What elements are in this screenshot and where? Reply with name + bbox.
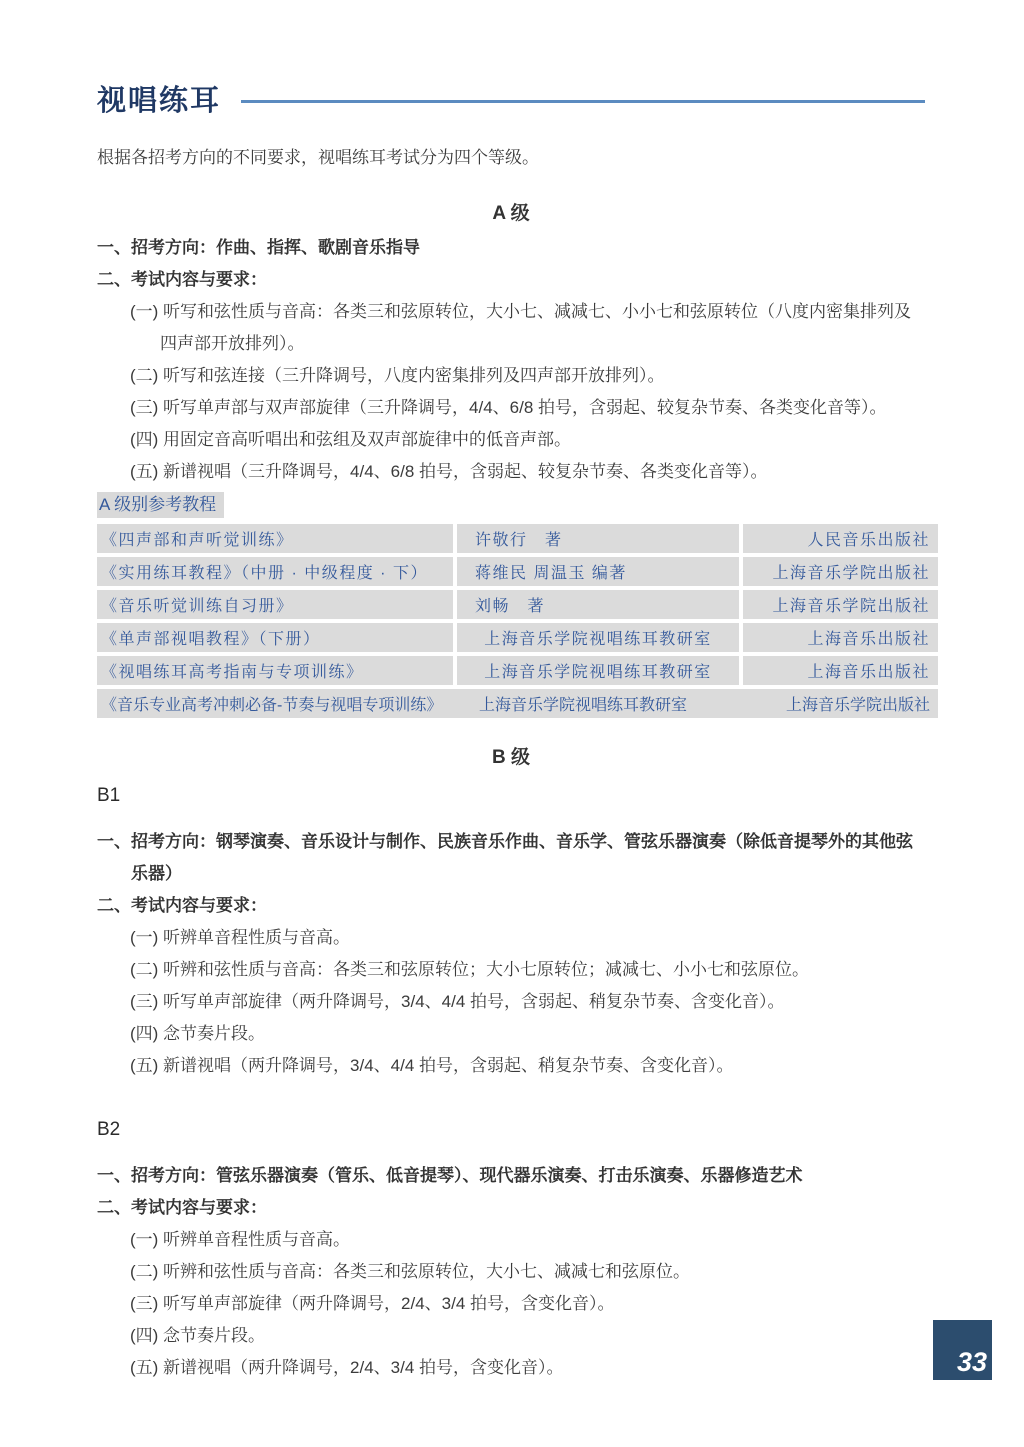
reference-publisher: 上海音乐学院出版社 — [735, 689, 938, 718]
reference-title: 《四声部和声听觉训练》 — [97, 524, 453, 553]
grade-b1-item-5: (五) 新谱视唱（两升降调号，3/4、4/4 拍号，含弱起、稍复杂节奏、含变化音… — [130, 1050, 925, 1082]
grade-b1-item-3: (三) 听写单声部旋律（两升降调号，3/4、4/4 拍号，含弱起、稍复杂节奏、含… — [130, 986, 925, 1018]
grade-b1-item-2: (二) 听辨和弦性质与音高：各类三和弦原转位；大小七原转位；减减七、小小七和弦原… — [130, 954, 925, 986]
reference-author: 上海音乐学院视唱练耳教研室 — [469, 689, 735, 718]
reference-table: 《四声部和声听觉训练》 许敬行 著 人民音乐出版社 《实用练耳教程》（中册 · … — [97, 524, 938, 718]
grade-b1-label: B1 — [97, 784, 925, 808]
reference-caption: A 级别参考教程 — [97, 492, 224, 518]
grade-b2-item-3: (三) 听写单声部旋律（两升降调号，2/4、3/4 拍号，含变化音）。 — [130, 1288, 925, 1320]
reference-title: 《音乐听觉训练自习册》 — [97, 590, 453, 619]
reference-author: 蒋维民 周温玉 编著 — [457, 557, 739, 586]
grade-b2-item-4: (四) 念节奏片段。 — [130, 1320, 925, 1352]
grade-a-direction-line: 一、招考方向：作曲、指挥、歌剧音乐指导 — [97, 232, 925, 264]
reference-caption-row: A 级别参考教程 — [97, 492, 925, 518]
document-page: 视唱练耳 根据各招考方向的不同要求，视唱练耳考试分为四个等级。 A 级 一、招考… — [0, 0, 1024, 1447]
reference-publisher: 上海音乐学院出版社 — [743, 590, 938, 619]
reference-author: 上海音乐学院视唱练耳教研室 — [457, 656, 739, 685]
page-number-box: 33 — [933, 1320, 992, 1380]
page-number: 33 — [957, 1349, 987, 1376]
grade-a-content-line: 二、考试内容与要求： — [97, 264, 925, 296]
reference-publisher: 上海音乐出版社 — [743, 623, 938, 652]
reference-row: 《音乐专业高考冲刺必备-节奏与视唱专项训练》 上海音乐学院视唱练耳教研室 上海音… — [97, 689, 938, 718]
grade-b2-item-1: (一) 听辨单音程性质与音高。 — [130, 1224, 925, 1256]
grade-b1-direction-line: 一、招考方向：钢琴演奏、音乐设计与制作、民族音乐作曲、音乐学、管弦乐器演奏（除低… — [97, 826, 925, 890]
reference-publisher: 人民音乐出版社 — [743, 524, 938, 553]
grade-b2-content-line: 二、考试内容与要求： — [97, 1192, 925, 1224]
section-title-row: 视唱练耳 — [97, 78, 925, 119]
grade-a-item-2: (二) 听写和弦连接（三升降调号，八度内密集排列及四声部开放排列）。 — [130, 360, 925, 392]
reference-row: 《单声部视唱教程》（下册） 上海音乐学院视唱练耳教研室 上海音乐出版社 — [97, 623, 938, 652]
title-rule-line — [241, 100, 925, 103]
intro-text: 根据各招考方向的不同要求，视唱练耳考试分为四个等级。 — [97, 143, 925, 168]
grade-a-heading: A 级 — [97, 202, 925, 226]
reference-row: 《四声部和声听觉训练》 许敬行 著 人民音乐出版社 — [97, 524, 938, 553]
grade-a-item-5: (五) 新谱视唱（三升降调号，4/4、6/8 拍号，含弱起、较复杂节奏、各类变化… — [130, 456, 925, 488]
reference-row: 《视唱练耳高考指南与专项训练》 上海音乐学院视唱练耳教研室 上海音乐出版社 — [97, 656, 938, 685]
grade-b1-content-line: 二、考试内容与要求： — [97, 890, 925, 922]
grade-b1-item-4: (四) 念节奏片段。 — [130, 1018, 925, 1050]
grade-b-heading: B 级 — [97, 746, 925, 770]
grade-b2-direction-line: 一、招考方向：管弦乐器演奏（管乐、低音提琴）、现代器乐演奏、打击乐演奏、乐器修造… — [97, 1160, 925, 1192]
reference-author: 上海音乐学院视唱练耳教研室 — [457, 623, 739, 652]
reference-author: 刘畅 著 — [457, 590, 739, 619]
grade-a-item-4: (四) 用固定音高听唱出和弦组及双声部旋律中的低音声部。 — [130, 424, 925, 456]
grade-b1-item-1: (一) 听辨单音程性质与音高。 — [130, 922, 925, 954]
reference-title: 《单声部视唱教程》（下册） — [97, 623, 453, 652]
page-content: 视唱练耳 根据各招考方向的不同要求，视唱练耳考试分为四个等级。 A 级 一、招考… — [0, 0, 1024, 1384]
reference-publisher: 上海音乐学院出版社 — [743, 557, 938, 586]
grade-b2-item-5: (五) 新谱视唱（两升降调号，2/4、3/4 拍号，含变化音）。 — [130, 1352, 925, 1384]
reference-row: 《音乐听觉训练自习册》 刘畅 著 上海音乐学院出版社 — [97, 590, 938, 619]
reference-title: 《实用练耳教程》（中册 · 中级程度 · 下） — [97, 557, 453, 586]
page-title: 视唱练耳 — [97, 78, 221, 119]
grade-a-item-1: (一) 听写和弦性质与音高：各类三和弦原转位，大小七、减减七、小小七和弦原转位（… — [130, 296, 925, 360]
reference-title: 《视唱练耳高考指南与专项训练》 — [97, 656, 453, 685]
reference-author: 许敬行 著 — [457, 524, 739, 553]
reference-row: 《实用练耳教程》（中册 · 中级程度 · 下） 蒋维民 周温玉 编著 上海音乐学… — [97, 557, 938, 586]
grade-b2-item-2: (二) 听辨和弦性质与音高：各类三和弦原转位，大小七、减减七和弦原位。 — [130, 1256, 925, 1288]
reference-title: 《音乐专业高考冲刺必备-节奏与视唱专项训练》 — [97, 689, 469, 718]
reference-publisher: 上海音乐出版社 — [743, 656, 938, 685]
grade-b2-label: B2 — [97, 1118, 925, 1142]
grade-a-item-3: (三) 听写单声部与双声部旋律（三升降调号，4/4、6/8 拍号，含弱起、较复杂… — [130, 392, 925, 424]
